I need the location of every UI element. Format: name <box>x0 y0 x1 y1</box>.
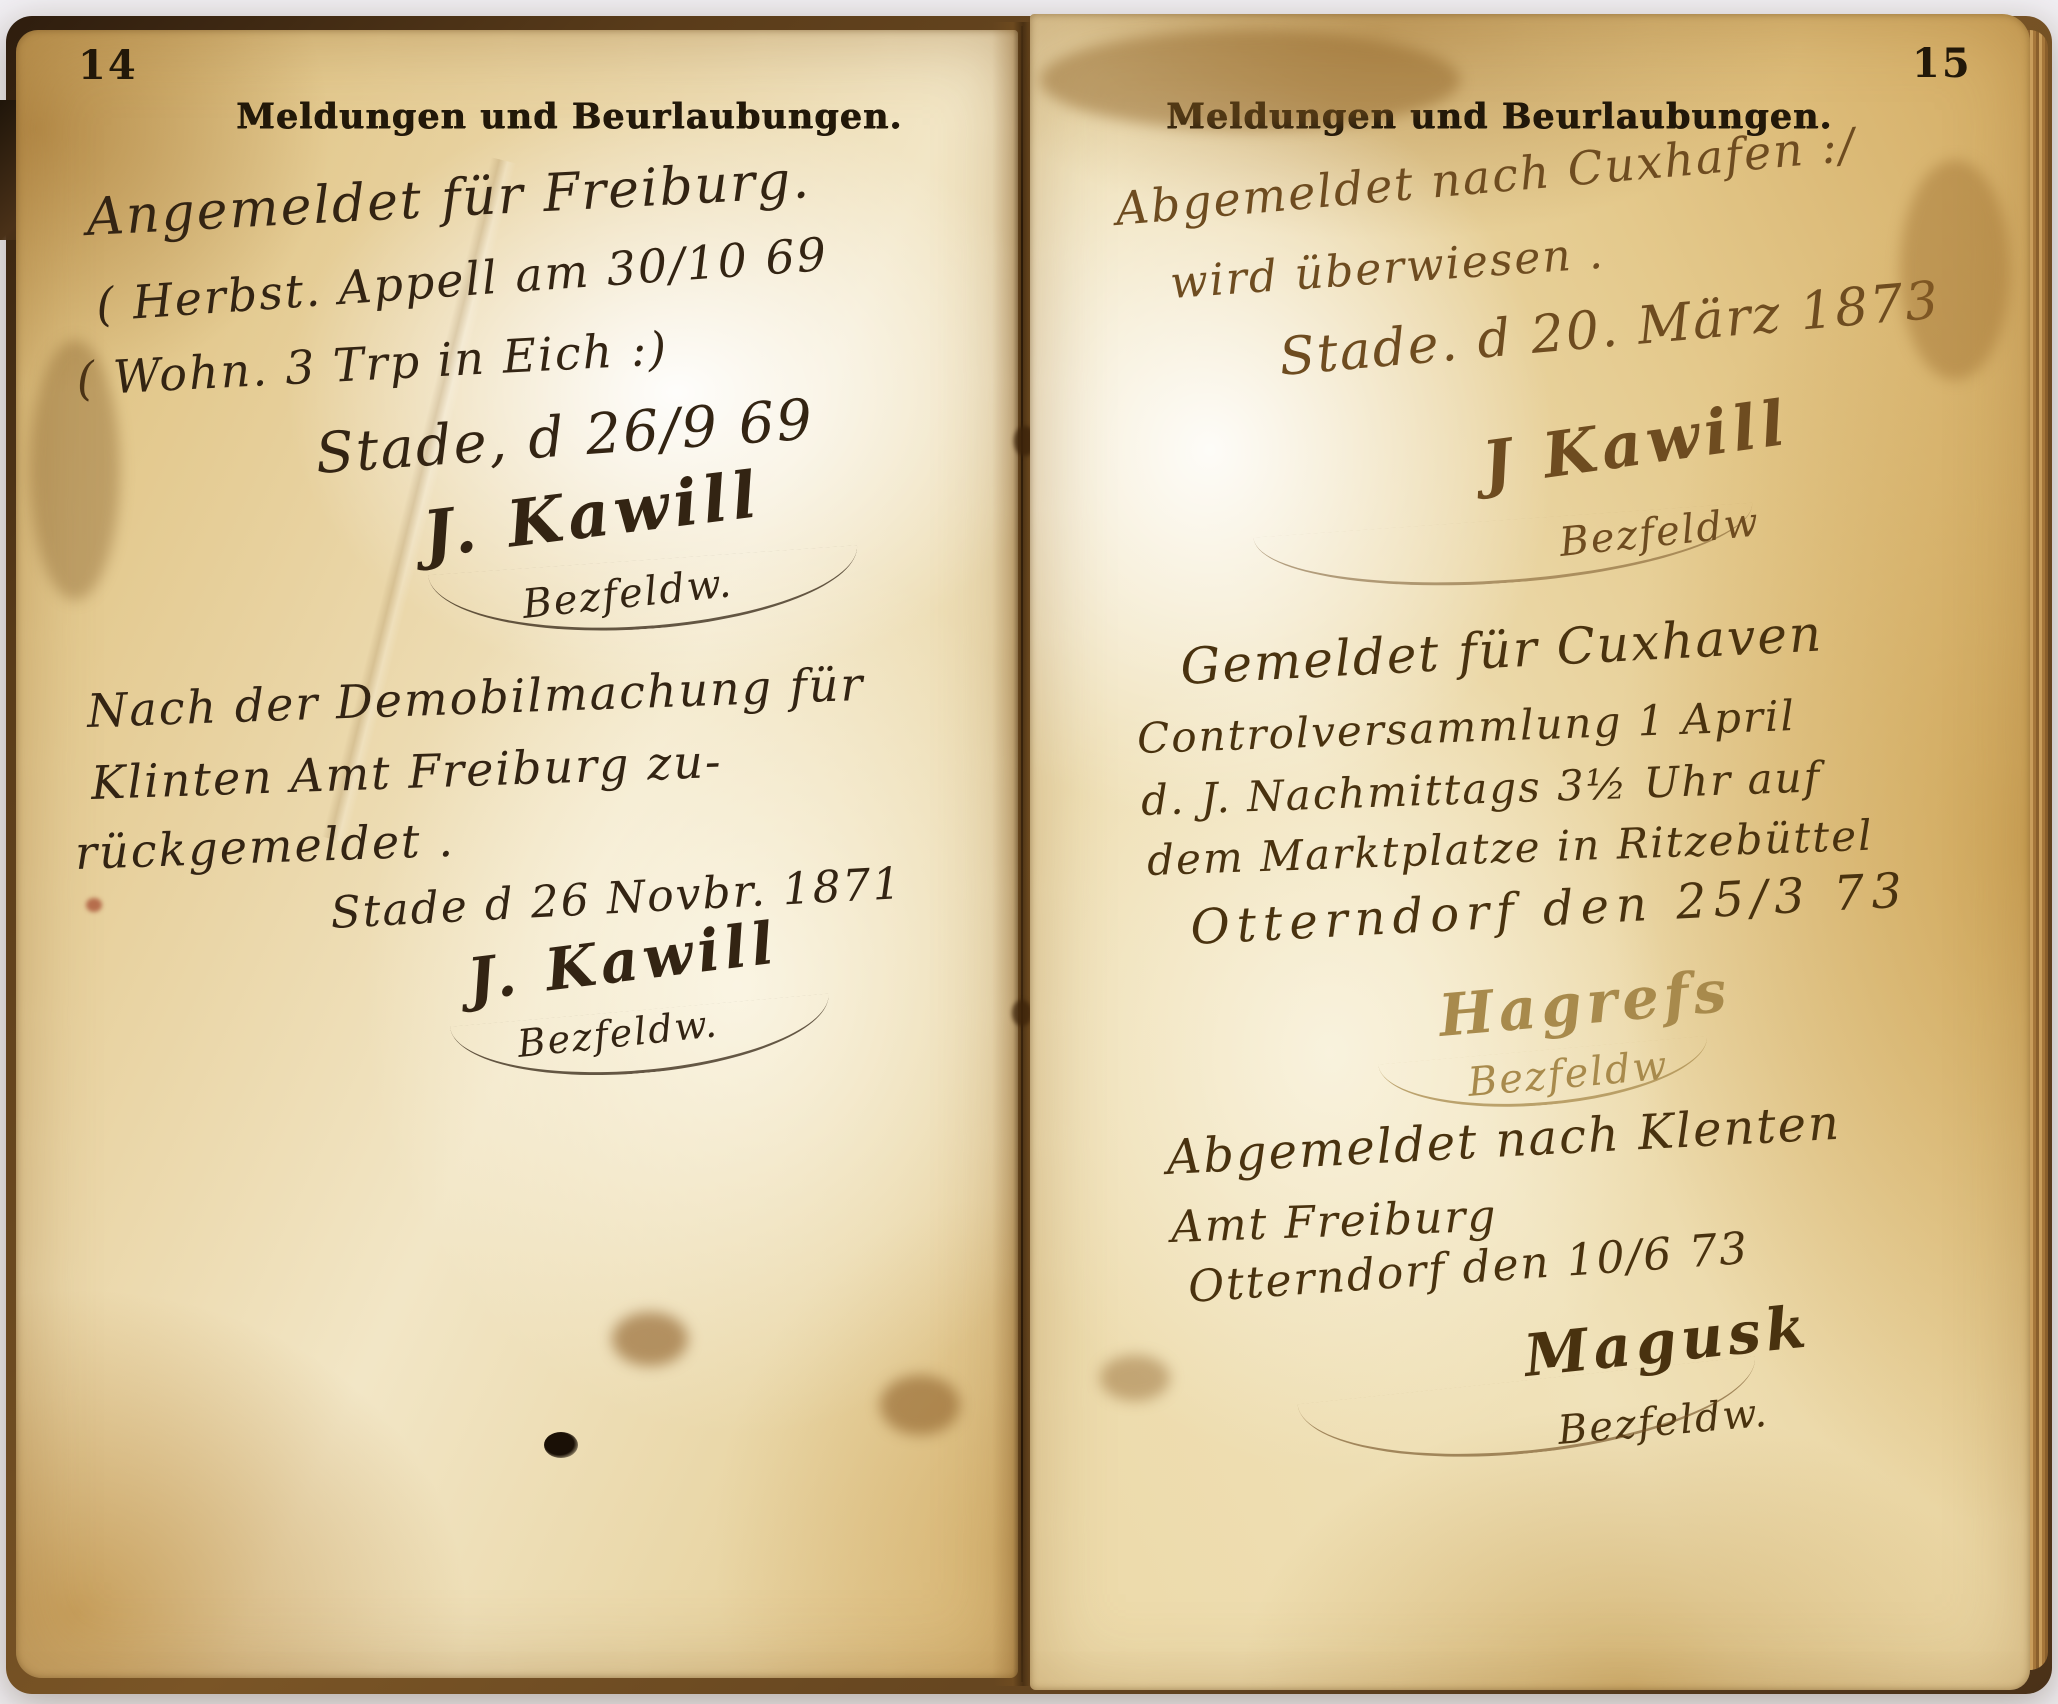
page-number-left: 14 <box>78 42 138 89</box>
stain <box>30 340 120 600</box>
scanned-booklet-spread: 14 Meldungen und Beurlaubungen. Angemeld… <box>0 0 2058 1704</box>
stain <box>612 1312 688 1366</box>
gutter-blot <box>1012 1000 1032 1026</box>
stain <box>1040 30 1460 130</box>
page-number-right: 15 <box>1912 40 1972 87</box>
page-header-left: Meldungen und Beurlaubungen. <box>236 96 903 137</box>
fold-line <box>1021 26 1023 1682</box>
stain <box>1900 160 2010 380</box>
ink-blot <box>544 1432 578 1458</box>
stain <box>880 1375 960 1435</box>
stain <box>1100 1355 1170 1401</box>
stain <box>86 898 102 912</box>
